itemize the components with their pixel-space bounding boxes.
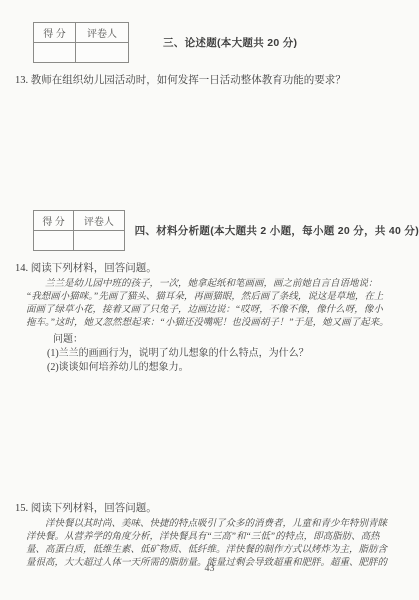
sub-question: (1)兰兰的画画行为，说明了幼儿想象的什么特点，为什么？ [47, 347, 419, 361]
passage-line: 量、高蛋白质，低维生素、低矿物质、低纤维。洋快餐的制作方式以烤炸为主，脂肪含 [26, 544, 407, 557]
passage-line: “我想画小猫咪。”先画了猫头、猫耳朵，再画猫眼，然后画了条线，说这是草地，在上 [26, 291, 407, 304]
score-label-cell: 得 分 [34, 23, 76, 43]
question-14-questions-label: 问题： [53, 333, 419, 347]
passage-line: 洋快餐。从营养学的角度分析，洋快餐具有“三高”和“三低”的特点，即高脂肪、高热 [26, 531, 407, 544]
material-section-header: 得 分 评卷人 四、材料分析题(本大题共 2 小题，每小题 20 分，共 40 … [0, 210, 419, 251]
score-box: 得 分 评卷人 [33, 22, 129, 63]
question-15-stem: 15. 阅读下列材料，回答问题。 [15, 500, 407, 515]
answer-space-q14 [0, 375, 419, 376]
score-value-cell [34, 231, 74, 251]
question-13: 13. 教师在组织幼儿园活动时，如何发挥一日活动整体教育功能的要求？ [15, 72, 407, 87]
passage-line: 拖车。”这时，她又忽然想起来：“小猫还没嘴呢！也没画胡子！”于是，她又画了起来。 [26, 317, 407, 330]
section-material-heading: 四、材料分析题(本大题共 2 小题，每小题 20 分，共 40 分) [135, 223, 419, 238]
question-14-stem: 14. 阅读下列材料，回答问题。 [15, 260, 407, 275]
section-essay-heading: 三、论述题(本大题共 20 分) [163, 35, 297, 50]
passage-line: 洋快餐以其时尚、美味、快捷的特点吸引了众多的消费者，儿童和青少年特别青睐 [26, 518, 407, 531]
question-14-passage: 兰兰是幼儿园中班的孩子，一次，她拿起纸和笔画画，画之前她自言自语地说： “我想画… [26, 278, 407, 330]
essay-section-header: 得 分 评卷人 三、论述题(本大题共 20 分) [0, 22, 419, 63]
grader-value-cell [76, 43, 129, 63]
page-number: 43 [0, 563, 419, 574]
sub-question: (2)谈谈如何培养幼儿的想象力。 [47, 361, 419, 375]
grader-value-cell [74, 231, 124, 251]
grader-label-cell: 评卷人 [76, 23, 129, 43]
passage-line: 面画了绿草小花，接着又画了只兔子，边画边说：“哎呀，不像不像，像什么呀，像小 [26, 304, 407, 317]
score-box: 得 分 评卷人 [33, 210, 125, 251]
score-value-cell [34, 43, 76, 63]
grader-label-cell: 评卷人 [74, 211, 124, 231]
exam-page: 得 分 评卷人 三、论述题(本大题共 20 分) 13. 教师在组织幼儿园活动时… [0, 0, 419, 600]
score-label-cell: 得 分 [34, 211, 74, 231]
answer-space-q13 [0, 87, 419, 88]
passage-line: 兰兰是幼儿园中班的孩子，一次，她拿起纸和笔画画，画之前她自言自语地说： [26, 278, 407, 291]
